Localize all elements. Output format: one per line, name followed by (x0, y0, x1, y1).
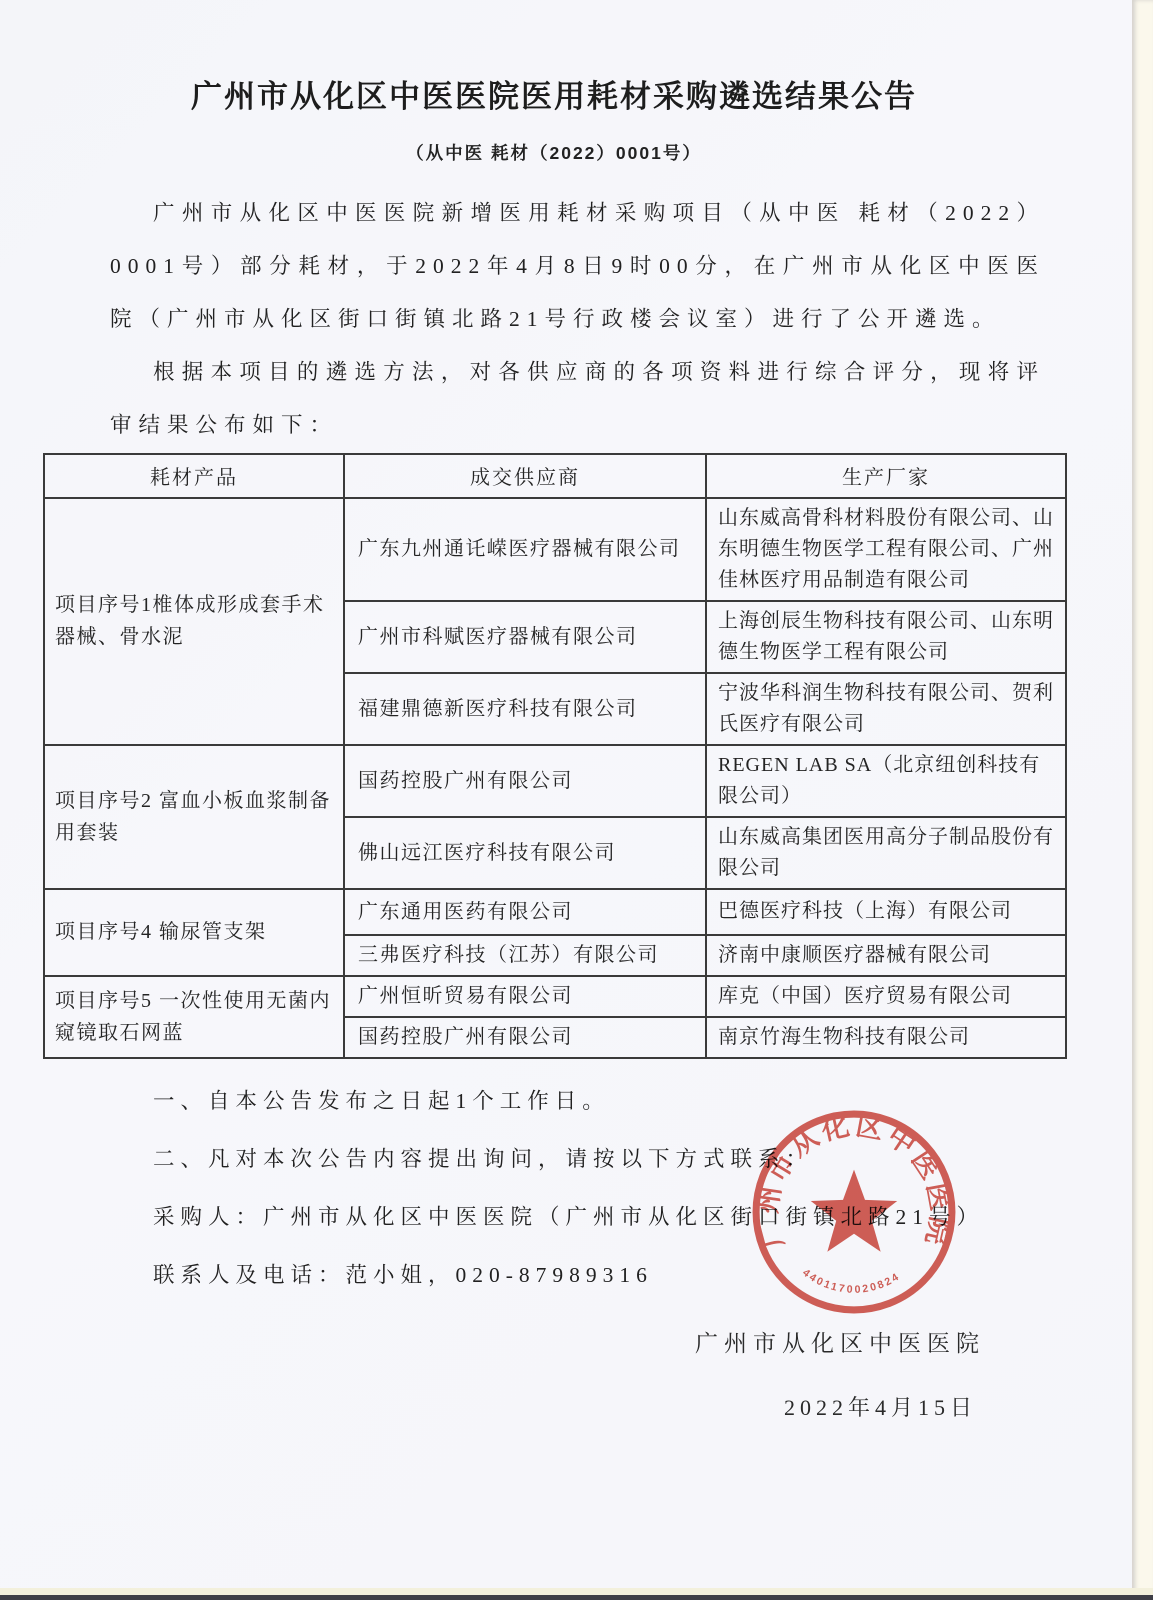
scan-edge-bottom (0, 1595, 1153, 1600)
supplier-cell: 佛山远江医疗科技有限公司 (344, 817, 706, 889)
supplier-cell: 三弗医疗科技（江苏）有限公司 (344, 935, 706, 976)
table-row: 项目序号2 富血小板血浆制备用套装国药控股广州有限公司REGEN LAB SA（… (44, 745, 1066, 817)
product-cell: 项目序号2 富血小板血浆制备用套装 (44, 745, 344, 889)
supplier-cell: 广东九州通讬嵘医疗器械有限公司 (344, 498, 706, 601)
document-number: （从中医 耗材（2022）0001号） (43, 140, 1065, 165)
header-supplier: 成交供应商 (344, 454, 706, 498)
manufacturer-cell: 上海创辰生物科技有限公司、山东明德生物医学工程有限公司 (706, 601, 1066, 673)
supplier-cell: 国药控股广州有限公司 (344, 1017, 706, 1058)
supplier-cell: 国药控股广州有限公司 (344, 745, 706, 817)
manufacturer-cell: 巴德医疗科技（上海）有限公司 (706, 889, 1066, 935)
product-cell: 项目序号5 一次性使用无菌内窥镜取石网蓝 (44, 976, 344, 1058)
table-row: 项目序号1椎体成形成套手术器械、骨水泥广东九州通讬嵘医疗器械有限公司山东威高骨科… (44, 498, 1066, 601)
seal-star-icon (811, 1170, 897, 1252)
paragraph: 根据本项目的遴选方法，对各供应商的各项资料进行综合评分，现将评审结果公布如下： (110, 346, 1045, 452)
manufacturer-cell: 济南中康顺医疗器械有限公司 (706, 935, 1066, 976)
scan-edge-right (1132, 0, 1153, 1600)
header-product: 耗材产品 (44, 454, 344, 498)
manufacturer-cell: 山东威高集团医用高分子制品股份有限公司 (706, 817, 1066, 889)
page-title: 广州市从化区中医医院医用耗材采购遴选结果公告 (43, 78, 1065, 117)
results-table: 耗材产品 成交供应商 生产厂家 项目序号1椎体成形成套手术器械、骨水泥广东九州通… (43, 453, 1067, 1059)
header-manufacturer: 生产厂家 (706, 454, 1066, 498)
signature-org: 广州市从化区中医医院 (43, 1325, 1065, 1358)
supplier-cell: 广东通用医药有限公司 (344, 889, 706, 935)
manufacturer-cell: 宁波华科润生物科技有限公司、贺利氏医疗有限公司 (706, 673, 1066, 745)
results-table-body: 项目序号1椎体成形成套手术器械、骨水泥广东九州通讬嵘医疗器械有限公司山东威高骨科… (44, 498, 1066, 1058)
table-row: 项目序号5 一次性使用无菌内窥镜取石网蓝广州恒昕贸易有限公司库克（中国）医疗贸易… (44, 976, 1066, 1017)
manufacturer-cell: REGEN LAB SA（北京纽创科技有限公司） (706, 745, 1066, 817)
product-cell: 项目序号4 输尿管支架 (44, 889, 344, 976)
official-seal: 广州市从化区中医医院 4401170020824 (748, 1106, 960, 1318)
table-header-row: 耗材产品 成交供应商 生产厂家 (44, 454, 1066, 498)
seal-code: 4401170020824 (800, 1267, 901, 1296)
supplier-cell: 广州市科赋医疗器械有限公司 (344, 601, 706, 673)
manufacturer-cell: 南京竹海生物科技有限公司 (706, 1017, 1066, 1058)
table-row: 项目序号4 输尿管支架广东通用医药有限公司巴德医疗科技（上海）有限公司 (44, 889, 1066, 935)
product-cell: 项目序号1椎体成形成套手术器械、骨水泥 (44, 498, 344, 745)
body-paragraphs: 广州市从化区中医医院新增医用耗材采购项目（从中医 耗材（2022）0001号）部… (110, 187, 1045, 452)
manufacturer-cell: 库克（中国）医疗贸易有限公司 (706, 976, 1066, 1017)
signature-date: 2022年4月15日 (43, 1391, 1065, 1422)
supplier-cell: 福建鼎德新医疗科技有限公司 (344, 673, 706, 745)
supplier-cell: 广州恒昕贸易有限公司 (344, 976, 706, 1017)
scanned-document-page: 广州市从化区中医医院医用耗材采购遴选结果公告 （从中医 耗材（2022）0001… (0, 0, 1153, 1600)
manufacturer-cell: 山东威高骨科材料股份有限公司、山东明德生物医学工程有限公司、广州佳林医疗用品制造… (706, 498, 1066, 601)
paragraph: 广州市从化区中医医院新增医用耗材采购项目（从中医 耗材（2022）0001号）部… (110, 187, 1045, 346)
